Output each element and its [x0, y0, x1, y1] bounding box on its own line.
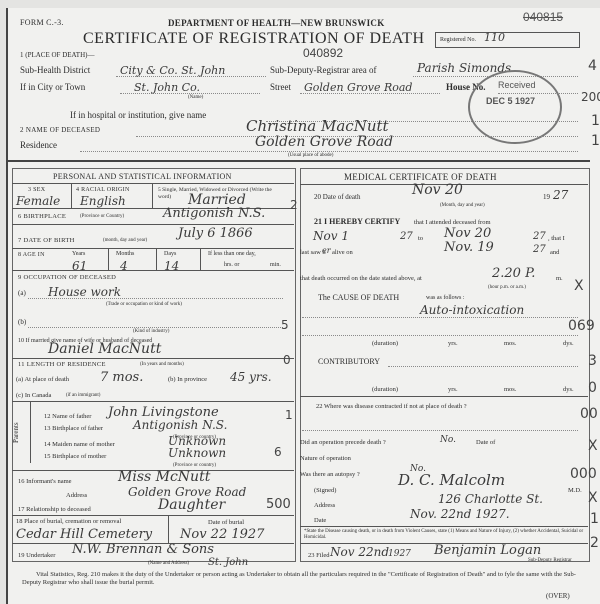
margin-code: 3 — [588, 353, 597, 369]
residence-length-caption: (In years and months) — [140, 362, 184, 367]
at-place-label: (a) At place of death — [16, 376, 69, 383]
occupation-a-field: House work — [28, 289, 283, 299]
death-time-value: 2.20 P. — [492, 266, 535, 281]
filed-year: 1927 — [388, 549, 411, 559]
nature-label: Nature of operation — [300, 455, 351, 462]
divider — [12, 515, 294, 516]
name-caption: (Name) — [188, 95, 203, 100]
divider — [12, 224, 294, 225]
residence-length-label: 11 LENGTH OF RESIDENCE — [18, 361, 106, 368]
alive-on-label: alive on — [332, 249, 353, 256]
md-label: M.D. — [568, 487, 582, 494]
margin-code: X — [574, 278, 584, 294]
occupation-b-field — [28, 318, 283, 328]
city-field: St. John Co. — [120, 82, 260, 94]
sub-health-district-label: Sub-Health District — [20, 65, 90, 75]
attended-from: Nov 1 — [313, 229, 349, 243]
hrs-label: hrs. or — [224, 262, 239, 268]
certify-text: that I attended deceased from — [414, 219, 491, 226]
cause-suffix: was as follows : — [426, 295, 465, 301]
margin-code: 069 — [568, 318, 595, 334]
in-canada-label: (c) In Canada — [16, 392, 51, 399]
state-disease-note: *State the Disease causing death, or in … — [304, 529, 584, 541]
margin-code: 1 — [591, 113, 600, 129]
margin-code: 000 — [570, 466, 597, 482]
mother-province-caption: (Province or country) — [173, 463, 216, 468]
mos-label: mos. — [504, 340, 516, 347]
personal-section-title: PERSONAL AND STATISTICAL INFORMATION — [53, 172, 232, 181]
in-province-label: (b) In province — [168, 376, 207, 383]
divider — [12, 401, 294, 402]
struck-number: 040815 — [523, 10, 563, 24]
registered-no-label: Registered No. — [440, 37, 476, 43]
in-canada-caption: (if an immigrant) — [66, 393, 100, 398]
last-saw-value: Nov. 19 — [444, 240, 494, 255]
birthplace-caption: (Province or Country) — [80, 214, 124, 219]
racial-origin-value: English — [80, 194, 126, 208]
margin-code: 4 — [588, 58, 597, 74]
place-of-death-label: 1 (PLACE OF DEATH)— — [20, 51, 94, 59]
sex-label: 3 SEX — [28, 187, 45, 193]
certify-label: 21 I HEREBY CERTIFY — [314, 217, 400, 226]
informant-address-label: Address — [66, 492, 87, 499]
days-label: Days — [164, 251, 176, 257]
street-label: Street — [270, 82, 291, 92]
mother-birthplace-label: 15 Birthplace of mother — [44, 453, 106, 460]
divider — [12, 358, 294, 359]
margin-code: 500 — [266, 497, 291, 512]
city-label: If in City or Town — [20, 82, 85, 92]
mother-maiden-label: 14 Maiden name of mother — [44, 441, 115, 448]
margin-code: 1 — [285, 408, 293, 422]
dob-caption: (month, day and year) — [103, 238, 147, 243]
margin-code: 200 — [581, 90, 600, 104]
department-heading: DEPARTMENT OF HEALTH—NEW BRUNSWICK — [168, 18, 385, 28]
filed-value: Nov 22nd — [330, 545, 389, 559]
date-label: Date — [314, 517, 326, 524]
medical-section-title: MEDICAL CERTIFICATE OF DEATH — [344, 172, 497, 182]
contributory-field — [388, 358, 578, 367]
residence-caption: (Usual place of abode) — [288, 153, 333, 158]
parents-label: Parents — [12, 422, 20, 443]
divider — [12, 248, 294, 249]
undertaker-value: N.W. Brennan & Sons — [72, 542, 214, 557]
that-i-text: , that I — [548, 235, 565, 242]
father-name-label: 12 Name of father — [44, 413, 91, 420]
occupation-b-label: (b) — [18, 318, 26, 326]
margin-code: 00 — [580, 406, 598, 422]
divider — [12, 270, 294, 271]
birthplace-value: Antigonish N.S. — [163, 206, 265, 221]
occupation-a-label: (a) — [18, 289, 26, 297]
mother-birthplace-value: Unknown — [168, 446, 226, 460]
age-label: 8 AGE IN — [18, 252, 46, 258]
registrar-caption: Sub-Deputy Registrar — [528, 558, 572, 563]
dys-label: dys. — [563, 340, 574, 347]
birthplace-label: 6 BIRTHPLACE — [18, 213, 66, 220]
sub-health-district-field: City & Co. St. John — [116, 65, 266, 77]
contributory-duration-label: (duration) — [372, 386, 398, 393]
divider — [8, 160, 590, 162]
informant-value: Miss McNutt — [118, 469, 210, 485]
certificate-number: 040892 — [303, 46, 343, 60]
date-of-death-label: 20 Date of death — [314, 193, 360, 201]
address-label: Address — [314, 502, 335, 509]
divider — [30, 401, 31, 463]
father-birthplace-label: 13 Birthplace of father — [44, 425, 103, 432]
in-province-value: 45 yrs. — [230, 370, 272, 384]
occupation-b-caption: (Kind of industry) — [133, 329, 169, 334]
cause-label: The CAUSE OF DEATH — [318, 293, 399, 302]
date-of-death-year: 27 — [553, 188, 568, 202]
contributory-dys-label: dys. — [563, 386, 574, 393]
stamp-date: DEC 5 1927 — [486, 96, 535, 106]
operation-value: No. — [440, 435, 456, 445]
signed-label: (Signed) — [314, 487, 336, 494]
to-label: to — [418, 235, 423, 242]
margin-code: X — [588, 438, 598, 454]
signed-value: D. C. Malcolm — [398, 471, 505, 489]
date-caption: (Month, day and year) — [440, 203, 485, 208]
burial-place-value: Cedar Hill Cemetery — [16, 527, 152, 542]
dob-value: July 6 1866 — [178, 226, 253, 241]
death-certificate: FORM C.-3. DEPARTMENT OF HEALTH—NEW BRUN… — [6, 8, 600, 604]
footer-note: Vital Statistics, Reg. 210 makes it the … — [22, 571, 582, 587]
name-of-deceased-label: 2 NAME OF DECEASED — [20, 126, 100, 134]
over-label: (OVER) — [546, 592, 570, 600]
relationship-label: 17 Relationship to deceased — [18, 506, 91, 513]
stamp-received: Received — [498, 80, 536, 90]
margin-code: 0 — [283, 353, 291, 367]
duration-label: (duration) — [372, 340, 398, 347]
date-of-label: Date of — [476, 439, 495, 446]
attended-from-year: 27 — [400, 231, 413, 242]
m-label: m. — [556, 275, 563, 282]
margin-code: 2 — [290, 198, 298, 212]
divider — [300, 526, 588, 527]
attended-to-year: 27 — [533, 231, 546, 242]
contributory-mos-label: mos. — [504, 386, 516, 393]
cause-field: Auto-intoxication — [302, 308, 578, 318]
months-label: Months — [116, 251, 134, 257]
racial-origin-label: 4 RACIAL ORIGIN — [76, 187, 130, 193]
and-label: and — [550, 249, 559, 256]
margin-code: X — [588, 490, 598, 506]
margin-code: 6 — [274, 445, 282, 459]
undertaker-label: 19 Undertaker — [18, 552, 55, 559]
burial-place-label: 18 Place of burial, cremation or removal — [16, 518, 121, 525]
divider — [156, 248, 157, 270]
min-label: min. — [270, 262, 281, 268]
divider — [168, 515, 169, 543]
father-birthplace-value: Antigonish N.S. — [133, 418, 227, 432]
undertaker-address: St. John — [208, 557, 248, 568]
hospital-label: If in hospital or institution, give name — [70, 110, 206, 120]
yrs-label: yrs. — [448, 340, 458, 347]
margin-code: 5 — [281, 318, 289, 332]
last-saw-year: 27 — [533, 244, 546, 255]
death-occurred-label: that death occurred on the date stated a… — [300, 275, 422, 282]
divider — [152, 184, 153, 208]
page-title: CERTIFICATE OF REGISTRATION OF DEATH — [83, 30, 425, 48]
relationship-value: Daughter — [158, 497, 225, 513]
spouse-value: Daniel MacNutt — [48, 341, 161, 357]
street-field: Golden Grove Road — [300, 82, 440, 94]
last-saw-her: er — [322, 246, 331, 255]
registered-no-value: 110 — [484, 31, 505, 44]
sub-deputy-area-label: Sub-Deputy-Registrar area of — [270, 65, 376, 75]
autopsy-label: Was there an autopsy ? — [300, 471, 360, 478]
residence-label: Residence — [20, 140, 57, 150]
burial-date-label: Date of burial — [208, 519, 244, 526]
at-place-value: 7 mos. — [100, 370, 143, 385]
form-number: FORM C.-3. — [20, 18, 64, 27]
divider — [71, 184, 72, 208]
date-value: Nov. 22nd 1927. — [410, 507, 510, 521]
filed-label: 23 Filed — [308, 552, 330, 559]
registrar-value: Benjamin Logan — [434, 543, 541, 558]
cause-field-2 — [302, 326, 578, 336]
margin-code: 2 — [590, 535, 599, 551]
contracted-label: 22 Where was disease contracted if not a… — [316, 403, 467, 410]
dob-label: 7 DATE OF BIRTH — [18, 237, 75, 244]
undertaker-caption: (Name and Address) — [148, 561, 189, 566]
margin-code: 1 — [591, 133, 600, 149]
contributory-yrs-label: yrs. — [448, 386, 458, 393]
margin-code: 1 — [590, 511, 599, 527]
years-label: Years — [72, 251, 85, 257]
operation-label: Did an operation precede death ? — [300, 439, 386, 446]
occupation-a-caption: (Trade or occupation or kind of work) — [106, 302, 182, 307]
informant-label: 16 Informant's name — [18, 478, 72, 485]
sex-value: Female — [16, 194, 60, 208]
contributory-label: CONTRIBUTORY — [318, 357, 380, 366]
date-of-death-value: Nov 20 — [412, 182, 463, 198]
less-than-day-label: If less than one day, — [208, 251, 256, 257]
margin-code: 0 — [588, 380, 597, 396]
residence-field: Golden Grove Road — [80, 140, 578, 152]
divider — [300, 396, 588, 397]
hour-caption: (hour p.m. or a.m.) — [488, 285, 526, 290]
divider — [200, 248, 201, 270]
contracted-field — [302, 422, 578, 431]
address-value: 126 Charlotte St. — [438, 492, 543, 506]
divider — [108, 248, 109, 270]
registered-no-box: Registered No. 110 — [435, 32, 580, 48]
divider — [12, 183, 294, 184]
occupation-label: 9 OCCUPATION OF DECEASED — [18, 274, 116, 281]
attended-to: Nov 20 — [444, 226, 491, 241]
burial-date-value: Nov 22 1927 — [180, 527, 264, 542]
date-of-death-year-prefix: 19 — [543, 193, 550, 201]
